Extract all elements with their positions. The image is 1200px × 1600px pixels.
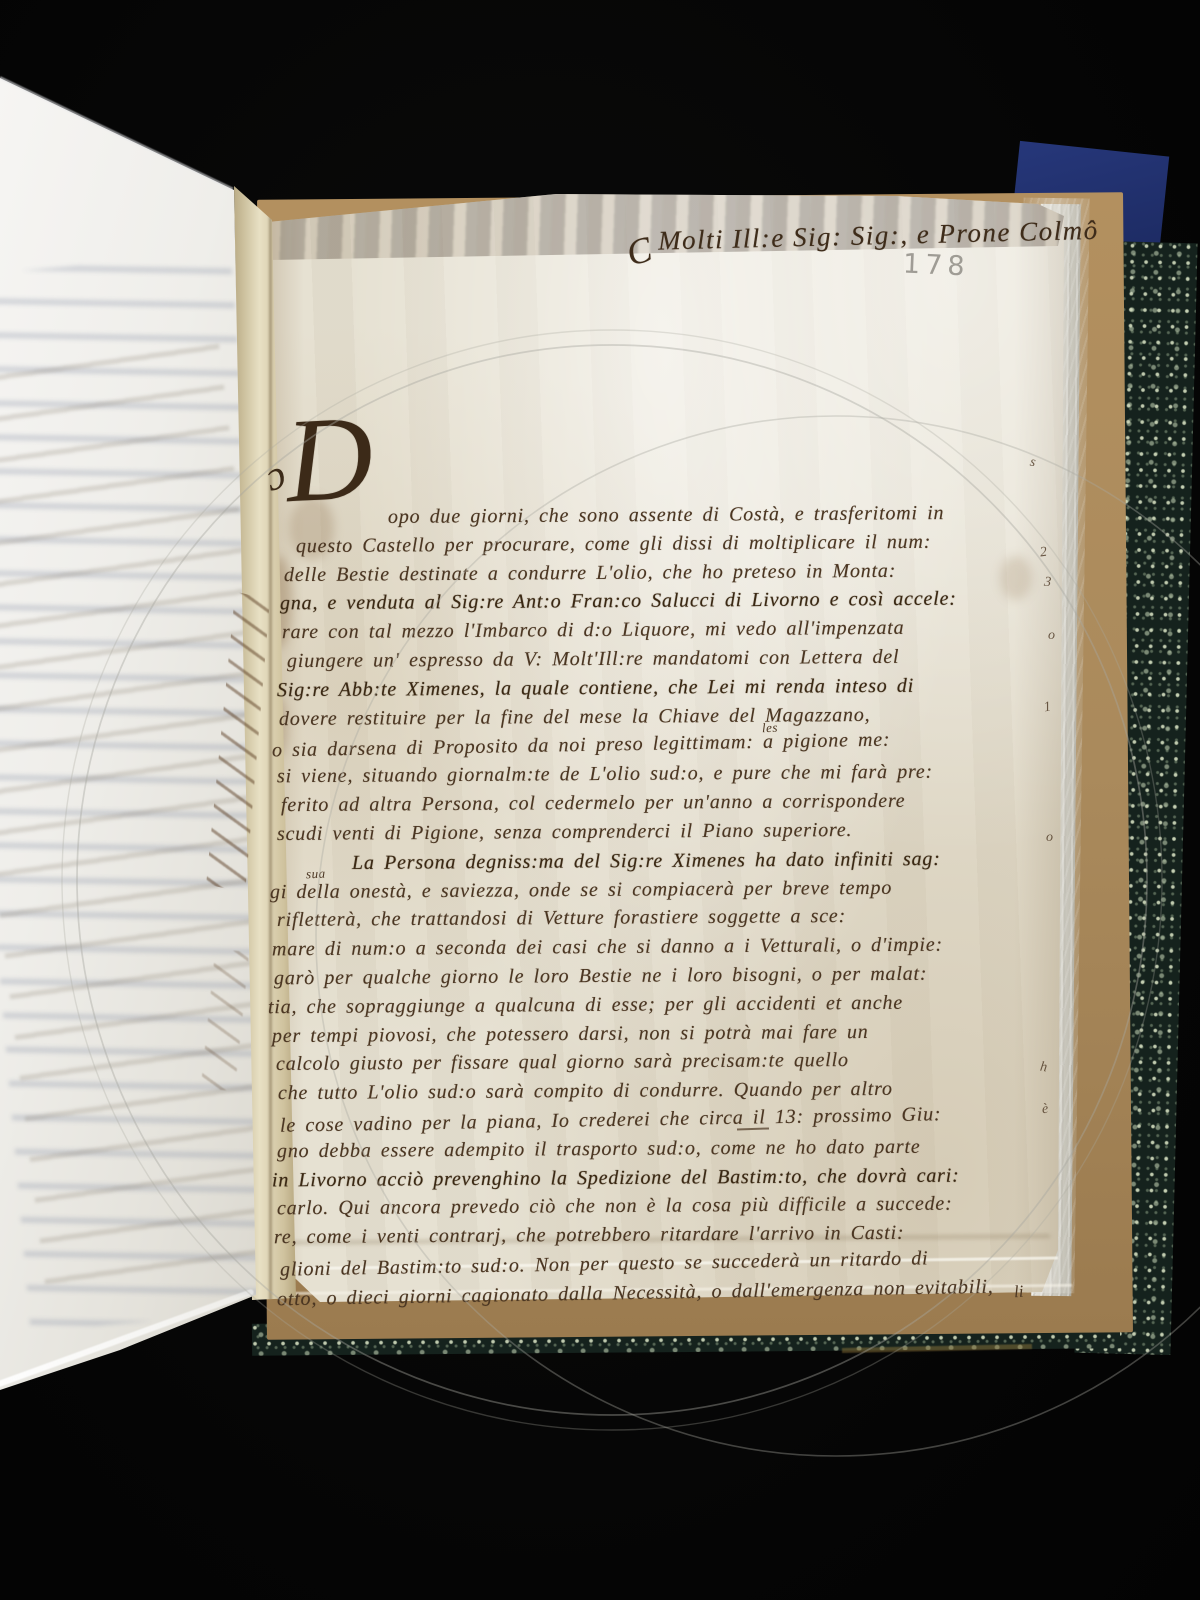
manuscript-line: mare di num:o a seconda dei casi che si …	[272, 935, 943, 960]
manuscript-line: gno debba essere adempito il trasporto s…	[277, 1137, 921, 1161]
manuscript-line: giungere un' espresso da V: Molt'Ill:re …	[287, 647, 899, 671]
manuscript-line: La Persona degniss:ma del Sig:re Ximenes…	[352, 849, 941, 873]
manuscript-photo-scene: CMolti Ill:e Sig: Sig:, e Prone Colmô 17…	[0, 0, 1200, 1600]
manuscript-line: si viene, situando giornalm:te de L'olio…	[277, 762, 933, 787]
manuscript-line: questo Castello per procurare, come gli …	[296, 532, 931, 556]
manuscript-line: in Livorno acciò prevenghino la Spedizio…	[272, 1166, 960, 1191]
header-flourish: C	[622, 227, 658, 274]
catchword: li	[1013, 1282, 1024, 1303]
manuscript-line: per tempi piovosi, che potessero darsi, …	[272, 1022, 869, 1046]
manuscript-line: carlo. Qui ancora prevedo ciò che non è …	[277, 1194, 953, 1219]
marginal-pen-mark: o	[1046, 830, 1053, 846]
decorated-initial: D	[283, 406, 375, 512]
folio-number-pencil: 178	[902, 249, 970, 283]
manuscript-line: Sig:re Abb:te Ximenes, la quale contiene…	[277, 676, 914, 700]
ink-stain	[1000, 556, 1032, 600]
manuscript-line: garò per qualche giorno le loro Bestie n…	[274, 964, 927, 989]
manuscript-line: gna, e venduta al Sig:re Ant:o Fran:co S…	[280, 589, 957, 614]
manuscript-line: opo due giorni, che sono assente di Cost…	[388, 503, 944, 527]
manuscript-line: delle Bestie destinate a condurre L'olio…	[284, 561, 896, 585]
manuscript-line: gi della onestà, e saviezza, onde se si …	[270, 878, 892, 902]
interlinear-addition: les	[762, 720, 779, 737]
manuscript-line: dovere restituire per la fine del mese l…	[279, 705, 871, 729]
interlinear-addition: sua	[306, 866, 326, 883]
manuscript-line: rare con tal mezzo l'Imbarco di d:o Liqu…	[282, 618, 905, 642]
manuscript-line: ferito ad altra Persona, col cedermelo p…	[281, 791, 906, 815]
manuscript-line: che tutto L'olio sud:o sarà compito di c…	[278, 1079, 893, 1103]
manuscript-line: scudi venti di Pigione, senza comprender…	[277, 820, 852, 844]
marginal-pen-mark: o	[1048, 628, 1055, 644]
manuscript-line: rifletterà, che trattandosi di Vetture f…	[277, 906, 846, 930]
manuscript-line: re, come i venti contrarj, che potrebber…	[274, 1223, 905, 1247]
manuscript-line: calcolo giusto per fissare qual giorno s…	[276, 1050, 849, 1074]
manuscript-line: tia, che sopraggiunge a qualcuna di esse…	[268, 993, 903, 1017]
